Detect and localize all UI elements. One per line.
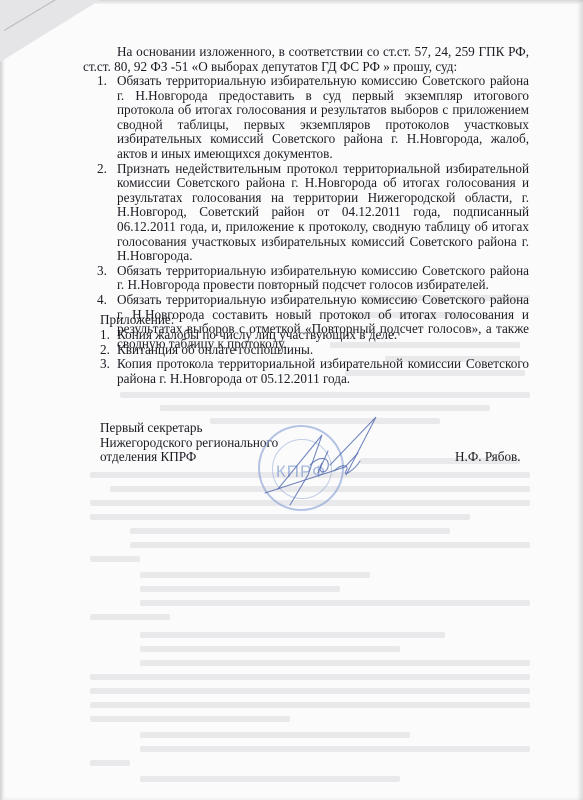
appendix-heading: Приложение: — [100, 313, 174, 328]
claims-list: 1. Обязать территориальную избирательную… — [97, 74, 529, 351]
appendix-text: Копия протокола территориальной избирате… — [117, 356, 529, 386]
page-left-edge — [0, 60, 4, 800]
appendix-number: 1. — [100, 328, 110, 343]
page-top-edge — [95, 0, 583, 4]
scanned-page: На основании изложенного, в соответствии… — [0, 0, 583, 800]
appendix-item: 2. Квитанция об оплате госпошлины. — [100, 343, 529, 358]
claim-number: 2. — [97, 162, 107, 177]
claim-number: 3. — [97, 264, 107, 279]
appendix-number: 3. — [100, 357, 110, 372]
appendix-number: 2. — [100, 343, 110, 358]
claim-text: Обязать территориальную избирательную ко… — [117, 73, 529, 161]
appendix-item: 3. Копия протокола территориальной избир… — [100, 357, 529, 386]
claim-number: 4. — [97, 293, 107, 308]
appendix-list: 1. Копия жалобы по числу лиц участвующих… — [100, 328, 529, 386]
claim-number: 1. — [97, 74, 107, 89]
claim-item: 2. Признать недействительным протокол те… — [97, 162, 529, 264]
appendix-text: Квитанция об оплате госпошлины. — [117, 342, 313, 357]
claim-item: 3. Обязать территориальную избирательную… — [97, 264, 529, 293]
intro-paragraph: На основании изложенного, в соответствии… — [83, 45, 529, 74]
claim-item: 1. Обязать территориальную избирательную… — [97, 74, 529, 162]
claim-text: Обязать территориальную избирательную ко… — [117, 263, 529, 293]
handwritten-signature-icon — [250, 405, 380, 515]
appendix-item: 1. Копия жалобы по числу лиц участвующих… — [100, 328, 529, 343]
signatory-name: Н.Ф. Рябов. — [455, 450, 521, 465]
claim-text: Признать недействительным протокол терри… — [117, 161, 529, 264]
appendix-text: Копия жалобы по числу лиц участвующих в … — [117, 327, 397, 342]
page-right-shadow — [577, 0, 583, 800]
